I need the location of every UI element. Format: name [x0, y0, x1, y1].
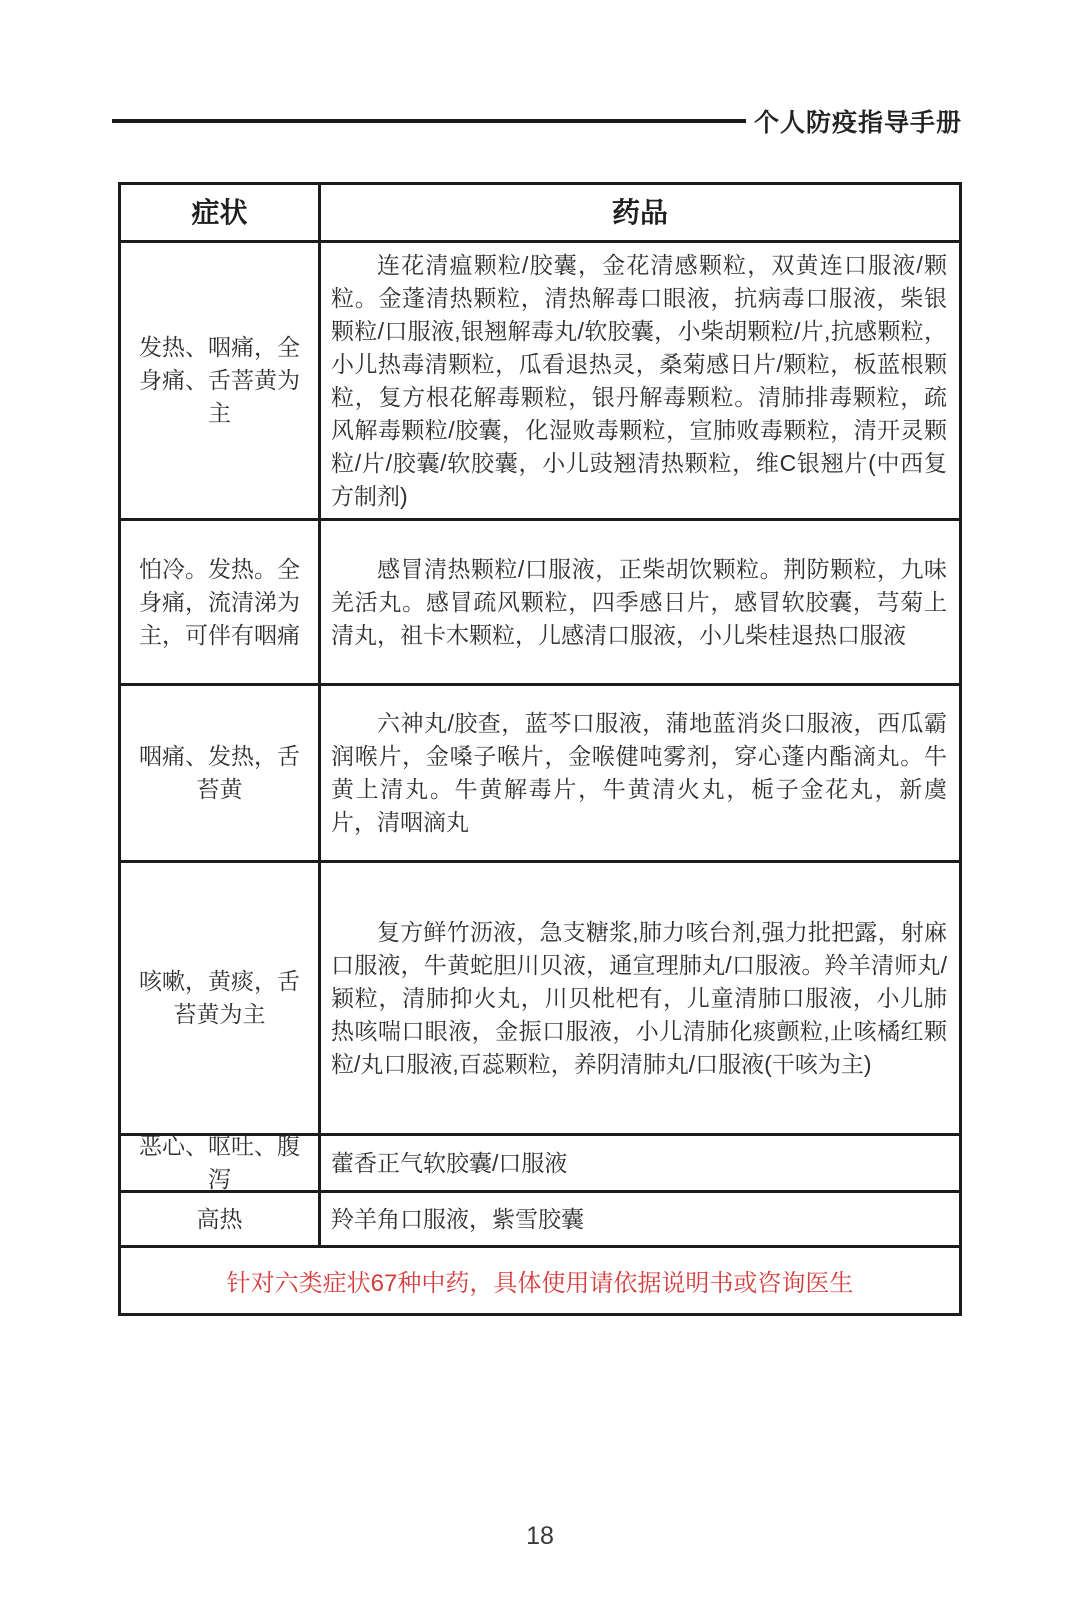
symptom-cell: 咽痛、发热，舌苔黄 — [121, 686, 321, 860]
column-header-drugs: 药品 — [321, 185, 959, 240]
page-number: 18 — [0, 1522, 1080, 1551]
header-rule — [112, 119, 746, 123]
drugs-cell: 藿香正气软胶囊/口服液 — [321, 1136, 959, 1190]
table-row: 发热、咽痛，全身痛、舌菩黄为主 连花清瘟颗粒/胶囊，金花清感颗粒，双黄连口服液/… — [121, 240, 959, 518]
table-row: 怕冷。发热。全身痛，流清涕为主，可伴有咽痛 感冒清热颗粒/口服液，正柴胡饮颗粒。… — [121, 518, 959, 683]
table-row: 咳嗽，黄痰，舌苔黄为主 复方鲜竹沥液，急支糖浆,肺力咳台剂,强力批把露，射麻口服… — [121, 860, 959, 1133]
drugs-text: 感冒清热颗粒/口服液，正柴胡饮颗粒。荆防颗粒，九味羌活丸。感冒疏风颗粒，四季感日… — [331, 553, 947, 652]
drugs-text: 藿香正气软胶囊/口服液 — [331, 1147, 947, 1180]
column-header-symptom: 症状 — [121, 185, 321, 240]
symptom-cell: 发热、咽痛，全身痛、舌菩黄为主 — [121, 243, 321, 518]
column-header-drugs-label: 药品 — [321, 196, 959, 229]
table-row: 恶心、呕吐、腹泻 藿香正气软胶囊/口服液 — [121, 1133, 959, 1190]
table-note: 针对六类症状67种中药，具体使用请依据说明书或咨询医生 — [121, 1245, 959, 1313]
drugs-text: 连花清瘟颗粒/胶囊，金花清感颗粒，双黄连口服液/颗粒。金蓬清热颗粒，清热解毒口眼… — [331, 249, 947, 513]
symptom-cell: 高热 — [121, 1193, 321, 1245]
symptom-cell: 恶心、呕吐、腹泻 — [121, 1136, 321, 1190]
manual-title: 个人防疫指导手册 — [754, 103, 962, 139]
drugs-cell: 六神丸/胶查，蓝芩口服液，蒲地蓝消炎口服液，西瓜霸润喉片，金嗓子喉片，金喉健吨雾… — [321, 686, 959, 860]
manual-page: 个人防疫指导手册 症状 药品 发热、咽痛，全身痛、舌菩黄为主 连花清瘟颗粒/胶囊… — [0, 0, 1080, 1619]
drugs-cell: 连花清瘟颗粒/胶囊，金花清感颗粒，双黄连口服液/颗粒。金蓬清热颗粒，清热解毒口眼… — [321, 243, 959, 518]
drugs-text: 六神丸/胶查，蓝芩口服液，蒲地蓝消炎口服液，西瓜霸润喉片，金嗓子喉片，金喉健吨雾… — [331, 707, 947, 839]
symptom-drug-table: 症状 药品 发热、咽痛，全身痛、舌菩黄为主 连花清瘟颗粒/胶囊，金花清感颗粒，双… — [118, 182, 962, 1316]
table-header-row: 症状 药品 — [121, 185, 959, 240]
symptom-cell: 咳嗽，黄痰，舌苔黄为主 — [121, 863, 321, 1133]
table-row: 高热 羚羊角口服液，紫雪胶囊 — [121, 1190, 959, 1245]
page-header: 个人防疫指导手册 — [112, 103, 962, 139]
drugs-cell: 感冒清热颗粒/口服液，正柴胡饮颗粒。荆防颗粒，九味羌活丸。感冒疏风颗粒，四季感日… — [321, 521, 959, 683]
symptom-cell: 怕冷。发热。全身痛，流清涕为主，可伴有咽痛 — [121, 521, 321, 683]
table-row: 咽痛、发热，舌苔黄 六神丸/胶查，蓝芩口服液，蒲地蓝消炎口服液，西瓜霸润喉片，金… — [121, 683, 959, 860]
drugs-cell: 复方鲜竹沥液，急支糖浆,肺力咳台剂,强力批把露，射麻口服液，牛黄蛇胆川贝液，通宣… — [321, 863, 959, 1133]
drugs-text: 羚羊角口服液，紫雪胶囊 — [331, 1203, 947, 1236]
drugs-cell: 羚羊角口服液，紫雪胶囊 — [321, 1193, 959, 1245]
drugs-text: 复方鲜竹沥液，急支糖浆,肺力咳台剂,强力批把露，射麻口服液，牛黄蛇胆川贝液，通宣… — [331, 916, 947, 1081]
